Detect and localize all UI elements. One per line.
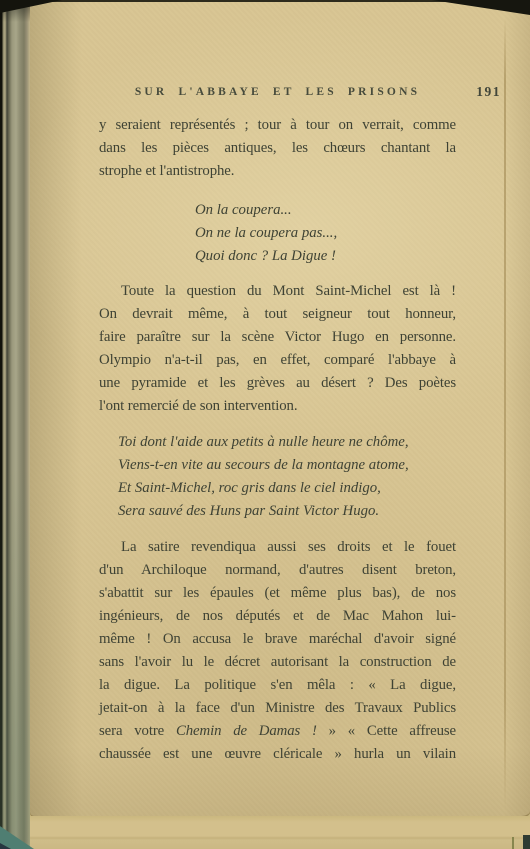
running-title: SUR L'ABBAYE ET LES PRISONS xyxy=(99,86,456,98)
text-segment: » « Cette affreuse xyxy=(329,723,456,739)
text-line: une pyramide et les grèves au désert ? D… xyxy=(99,372,456,395)
verse-line: Viens-t-en vite au secours de la montagn… xyxy=(118,454,456,477)
verse-line: Et Saint-Michel, roc gris dans le ciel i… xyxy=(118,477,456,500)
text-line: dans les pièces antiques, les chœurs cha… xyxy=(99,137,456,160)
text-line: Toute la question du Mont Saint-Michel e… xyxy=(99,280,456,303)
verse-line: On la coupera... xyxy=(195,199,456,222)
text-line: d'un Archiloque normand, d'autres disent… xyxy=(99,559,456,582)
paragraph-1: y seraient représentés ; tour à tour on … xyxy=(99,114,456,183)
text-line: Olympio n'a-t-il pas, en effet, comparé … xyxy=(99,349,456,372)
text-column: y seraient représentés ; tour à tour on … xyxy=(99,114,456,766)
verse-line: Sera sauvé des Huns par Saint Victor Hug… xyxy=(118,500,456,523)
text-line: jetait-on à la face d'un Ministre des Tr… xyxy=(99,697,456,720)
verse-block-2: Toi dont l'aide aux petits à nulle heure… xyxy=(118,431,456,523)
text-line-with-italic: sera votre Chemin de Damas ! » « Cette a… xyxy=(99,720,456,743)
page-edge-mark-bottom-right xyxy=(512,837,514,849)
book-page-scan: SUR L'ABBAYE ET LES PRISONS 191 y seraie… xyxy=(0,0,530,849)
verse-line: Quoi donc ? La Digue ! xyxy=(195,245,456,268)
page-deckle-edge-line xyxy=(504,18,506,810)
text-line: chaussée est une œuvre cléricale » hurla… xyxy=(99,743,456,766)
text-line: la digue. La politique s'en mêla : « La … xyxy=(99,674,456,697)
paragraph-3: La satire revendiqua aussi ses droits et… xyxy=(99,536,456,766)
text-line: y seraient représentés ; tour à tour on … xyxy=(99,114,456,137)
book-page: SUR L'ABBAYE ET LES PRISONS 191 y seraie… xyxy=(30,2,530,816)
text-line: sans l'avoir lu le décret autorisant la … xyxy=(99,651,456,674)
text-line: faire paraître sur la scène Victor Hugo … xyxy=(99,326,456,349)
text-line: ingénieurs, de nos députés et de Mac Mah… xyxy=(99,605,456,628)
photo-background-corner-bottom-right xyxy=(523,835,530,849)
text-line: s'abattit sur les épaules (et même plus … xyxy=(99,582,456,605)
italic-title-segment: Chemin de Damas ! xyxy=(176,723,329,739)
text-line: strophe et l'antistrophe. xyxy=(99,160,456,183)
text-line: On devrait même, à tout seigneur tout ho… xyxy=(99,303,456,326)
text-line: La satire revendiqua aussi ses droits et… xyxy=(99,536,456,559)
page-number: 191 xyxy=(476,84,501,100)
under-page-edge xyxy=(30,816,530,849)
text-segment: sera votre xyxy=(99,723,176,739)
text-line: l'ont remercié de son intervention. xyxy=(99,395,456,418)
running-header: SUR L'ABBAYE ET LES PRISONS 191 xyxy=(99,86,456,98)
paragraph-2: Toute la question du Mont Saint-Michel e… xyxy=(99,280,456,418)
verse-line: Toi dont l'aide aux petits à nulle heure… xyxy=(118,431,456,454)
verse-block-1: On la coupera... On ne la coupera pas...… xyxy=(195,199,456,268)
book-binding-edge xyxy=(0,0,30,849)
text-line: même ! On accusa le brave maréchal d'avo… xyxy=(99,628,456,651)
verse-line: On ne la coupera pas..., xyxy=(195,222,456,245)
